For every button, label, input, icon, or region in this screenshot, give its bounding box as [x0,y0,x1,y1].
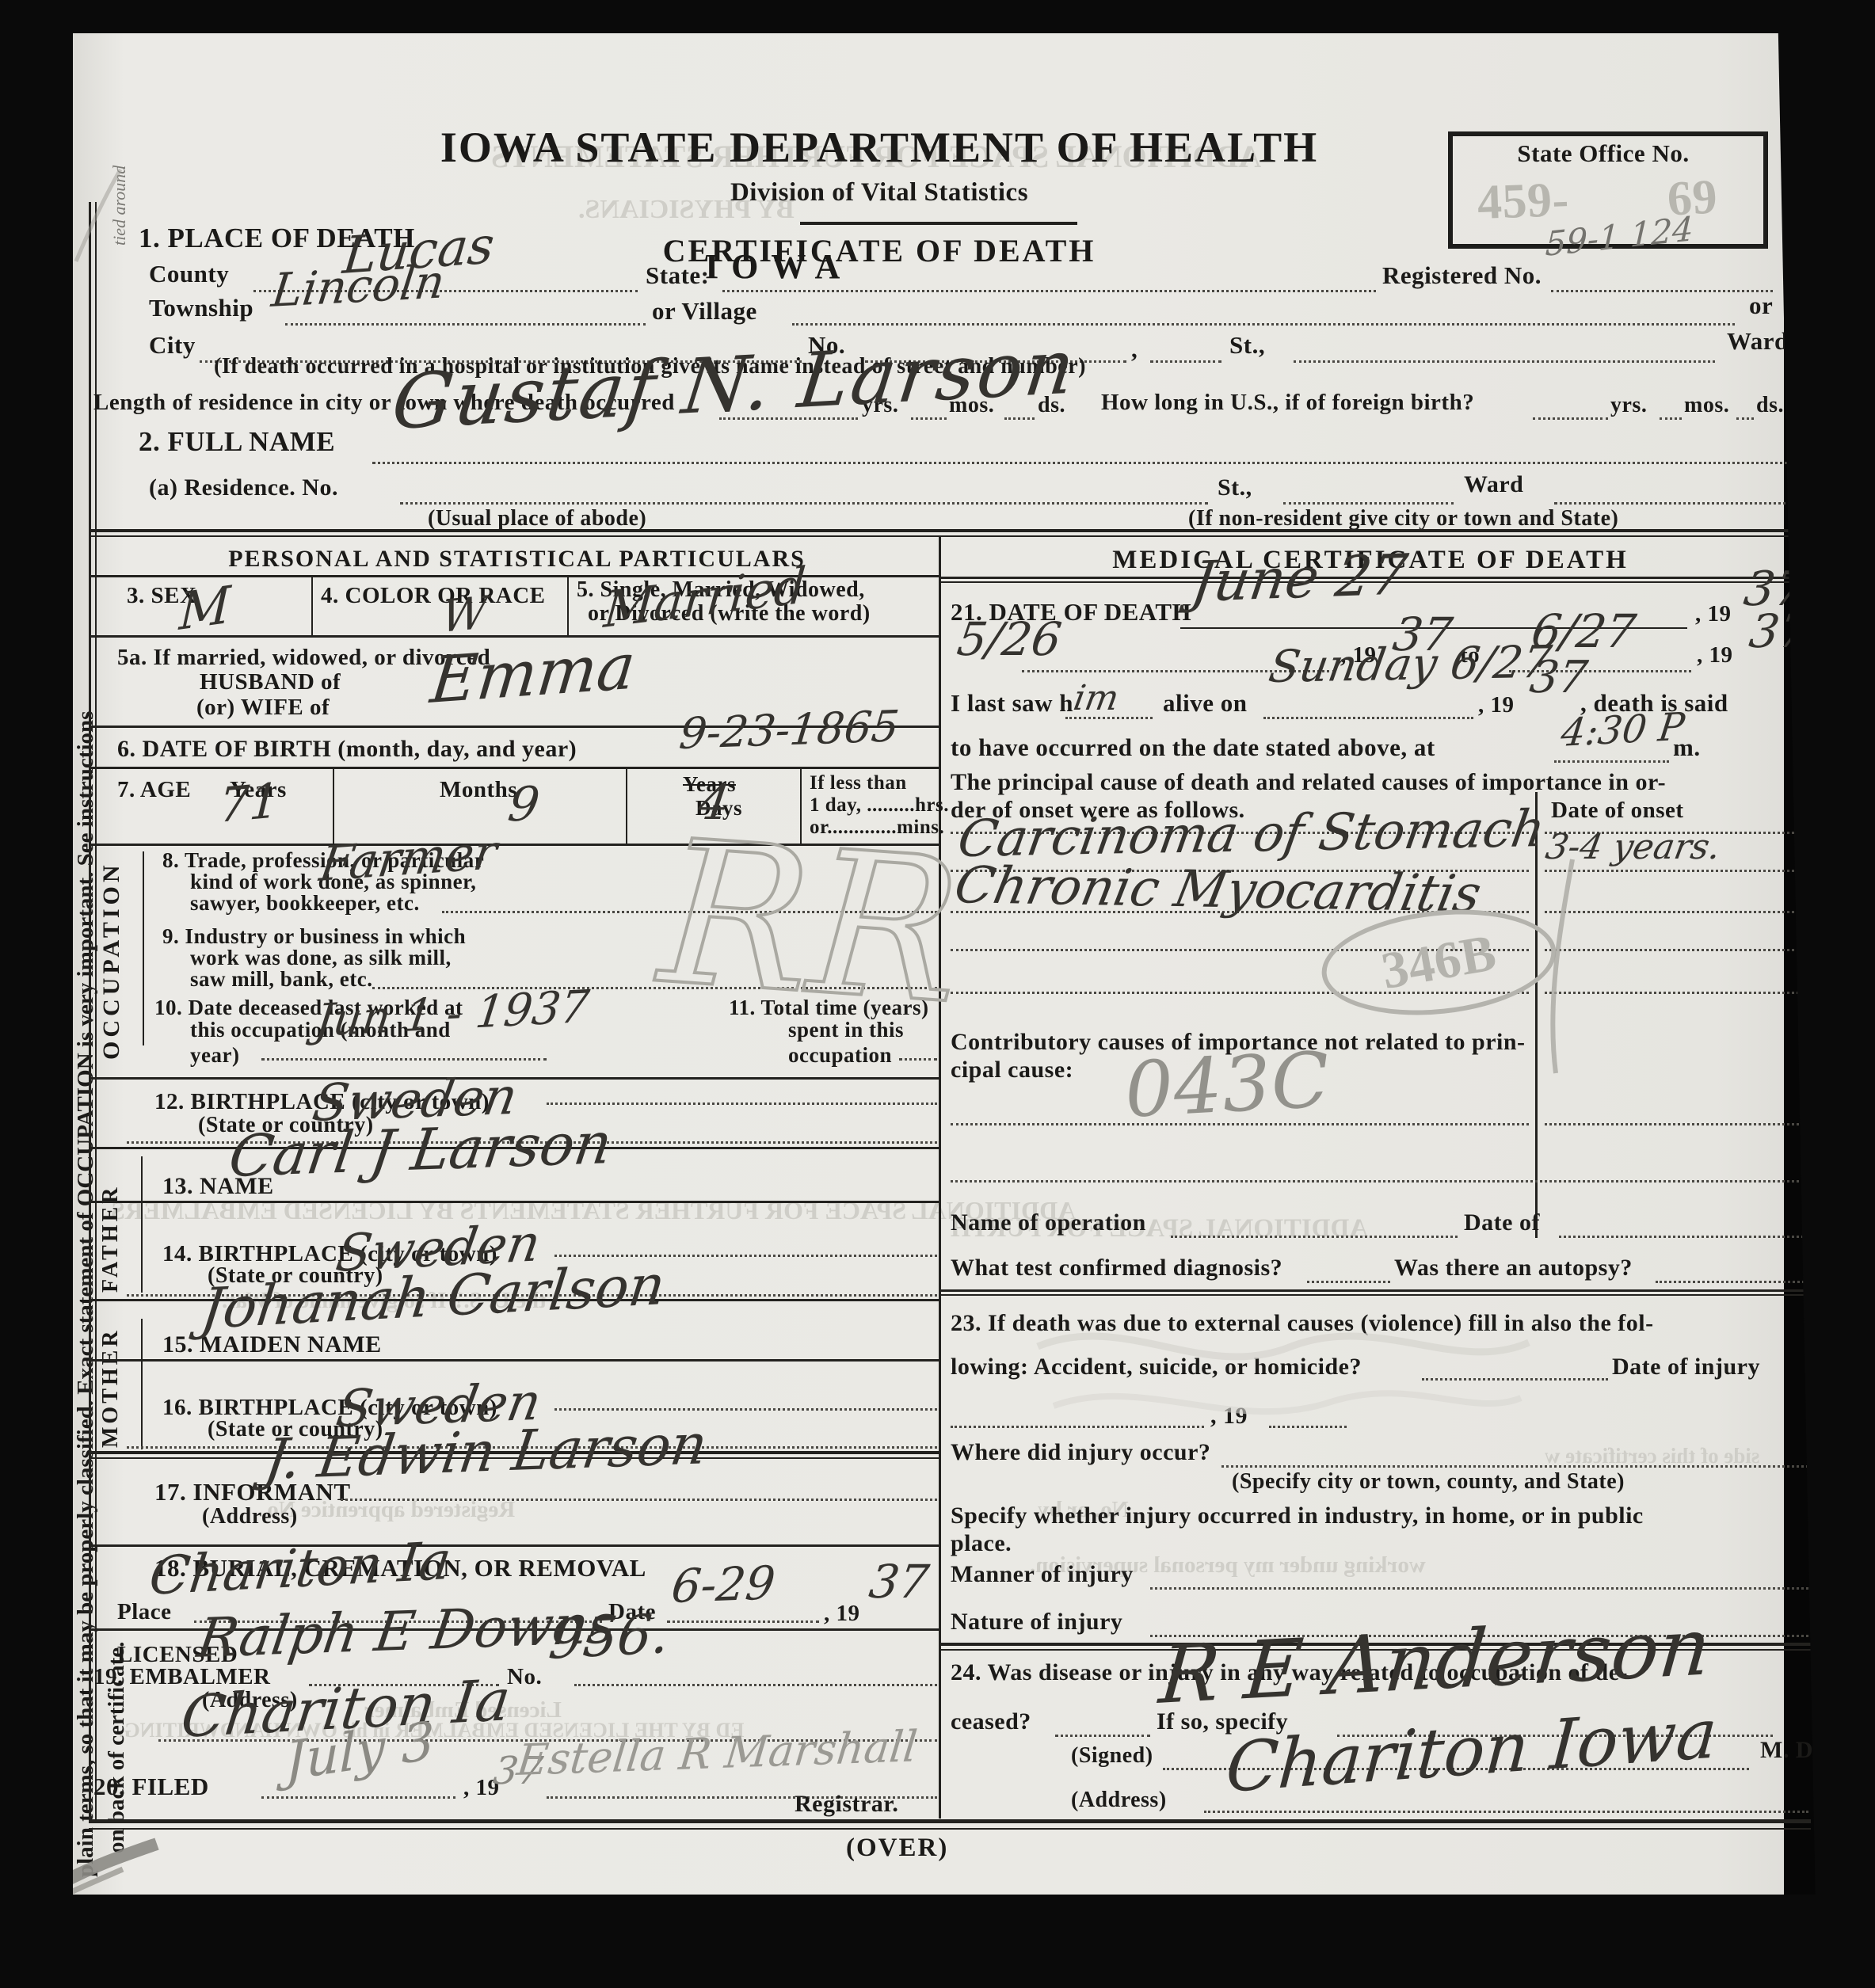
top-left-pencil-mark [76,169,120,261]
scan-border-left [0,0,73,1988]
bleed-script-squiggle1 [1038,1336,1529,1357]
pencil-strokes-overlay [0,0,1875,1988]
onset-pencil-stroke [1553,859,1572,1073]
scan-border-bottom [0,1895,1875,1988]
bleed-script-squiggle2 [1054,1393,1521,1411]
scan-border-top [0,0,1875,33]
death-certificate-scan: ADDITIONAL SPACE FOR FURTHER STATEMENTS … [0,0,1875,1988]
